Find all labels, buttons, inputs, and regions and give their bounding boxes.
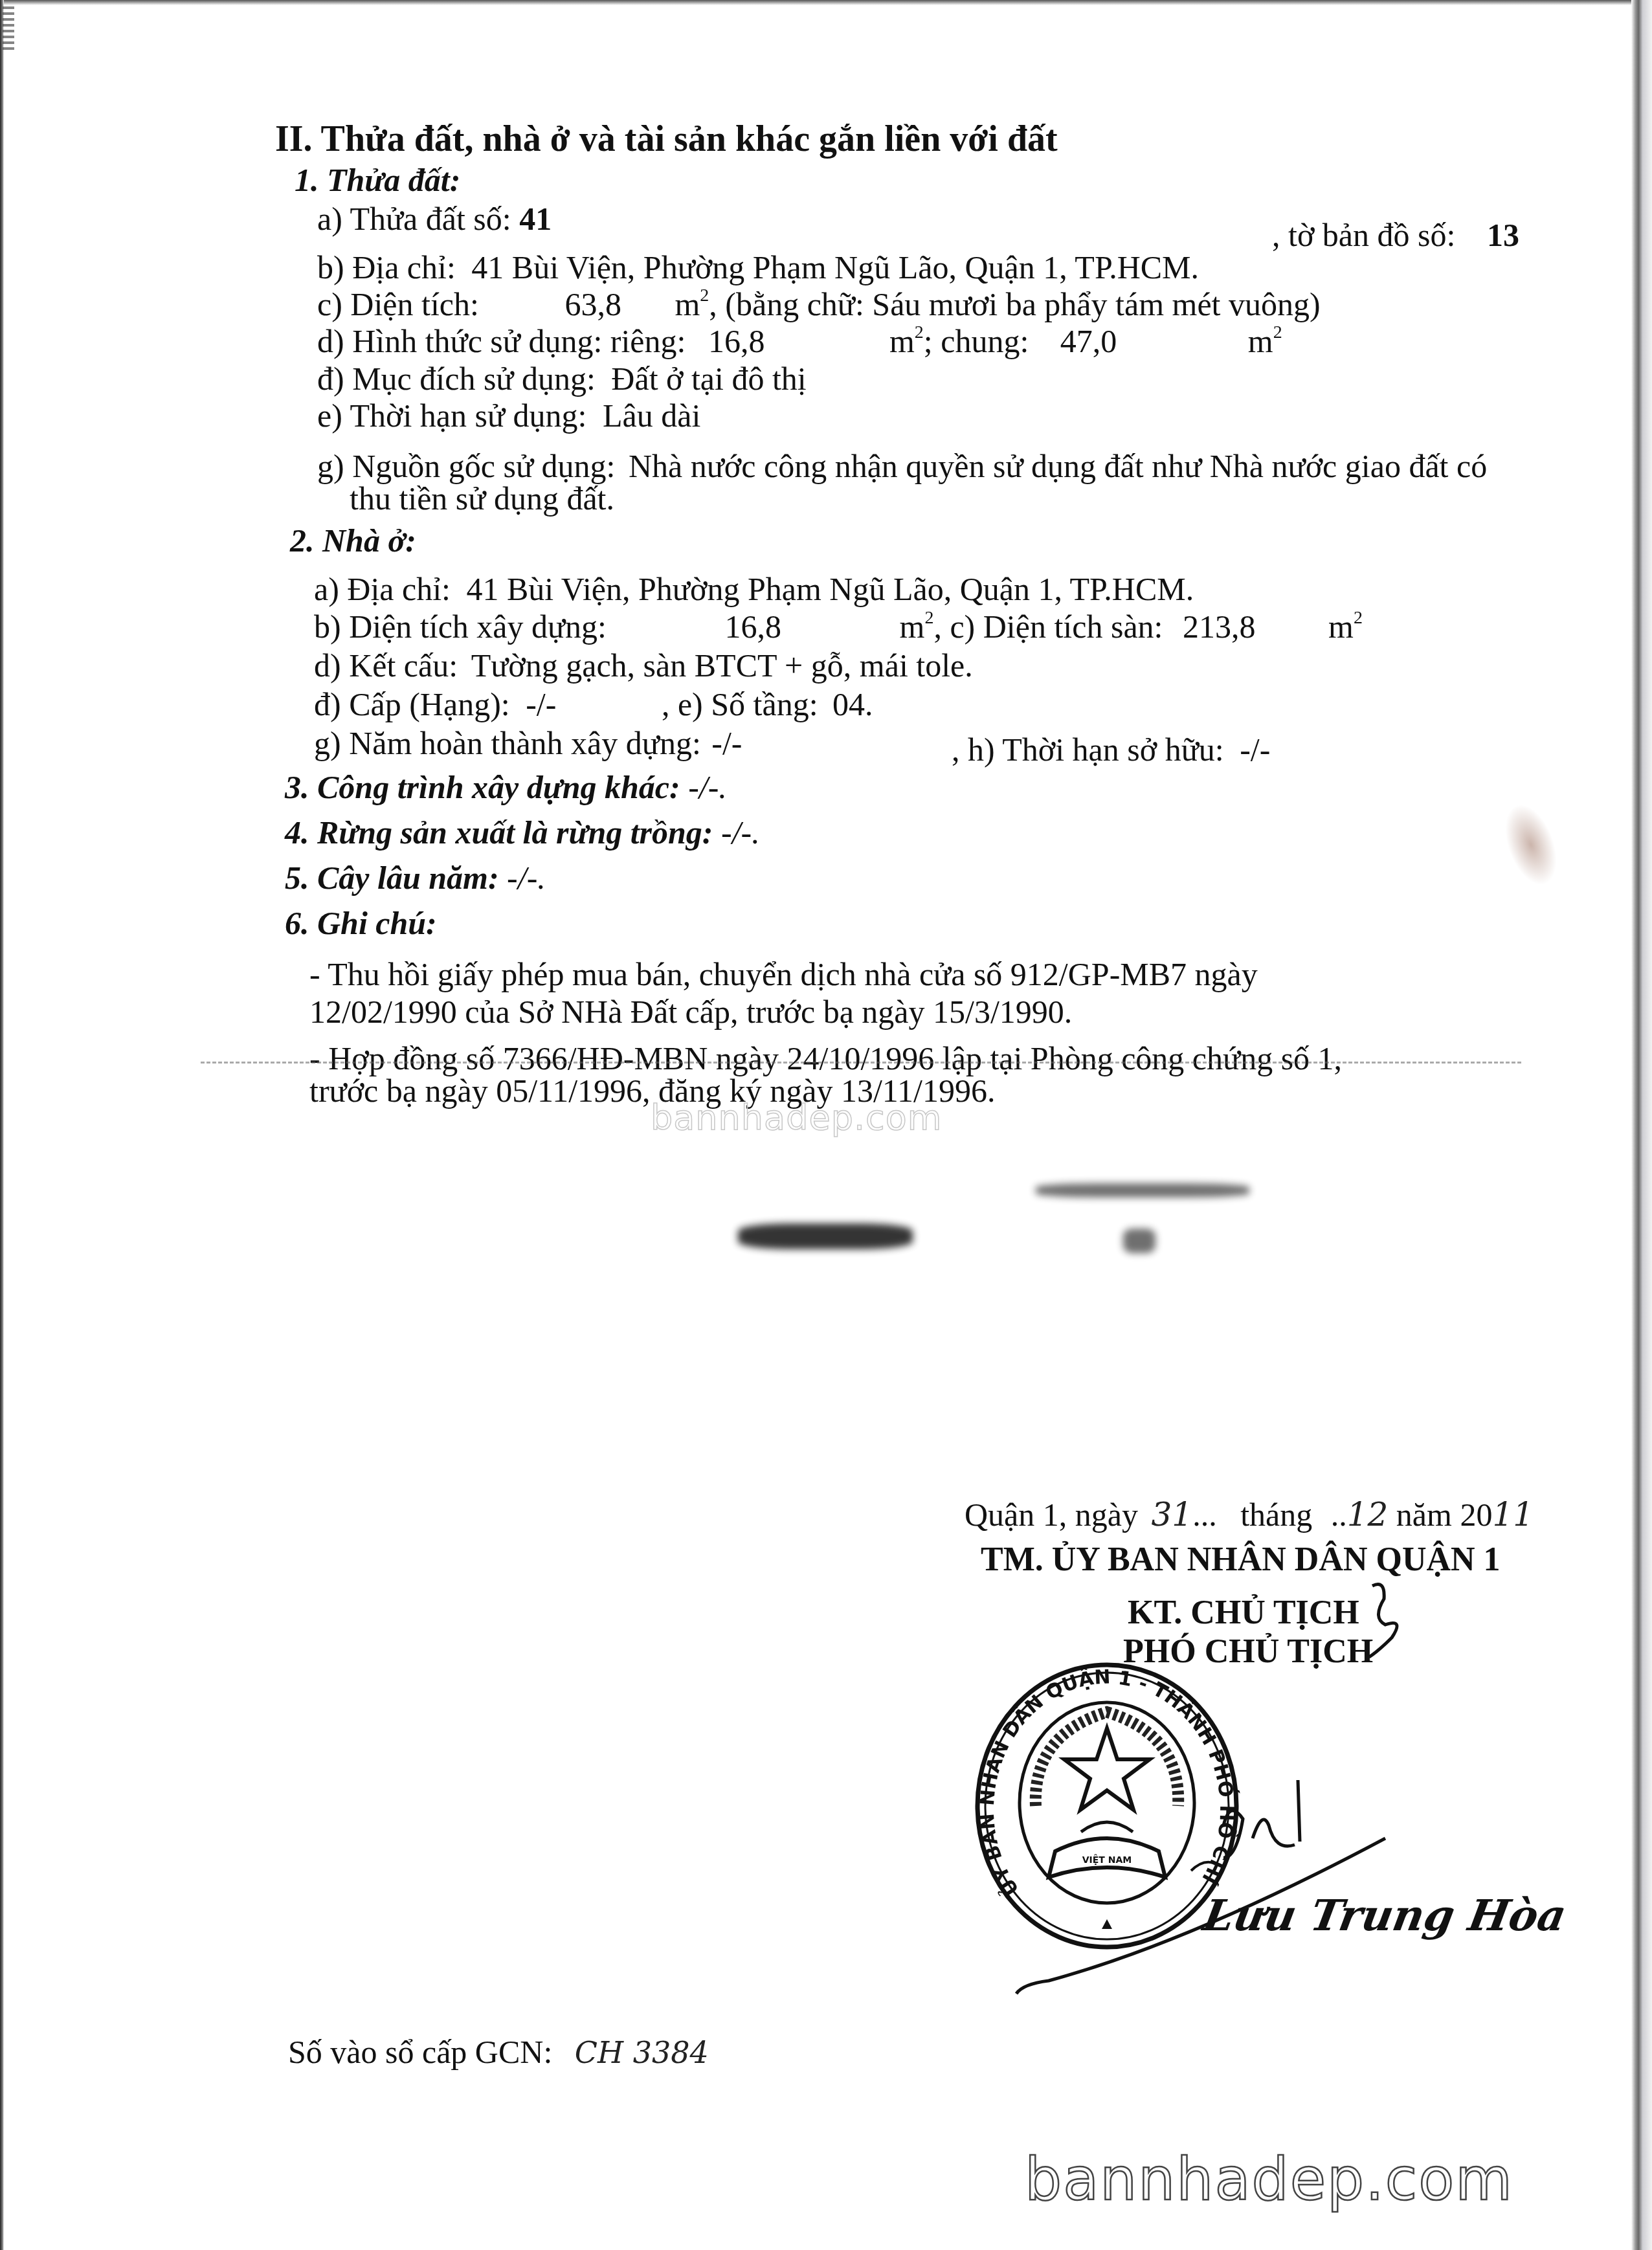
- parcel-number-value: 41: [519, 201, 552, 237]
- perennial-trees-label: 5. Cây lâu năm:: [285, 860, 499, 896]
- land-address-label: b) Địa chỉ:: [317, 249, 456, 285]
- ink-blot: [1123, 1229, 1155, 1253]
- floor-area-unit: m2: [1328, 608, 1363, 645]
- floors-label: , e) Số tầng:: [662, 686, 818, 722]
- section-title: II. Thửa đất, nhà ở và tài sản khác gắn …: [275, 120, 1058, 159]
- ink-blot: [738, 1223, 913, 1249]
- date-month-label: tháng: [1240, 1497, 1312, 1533]
- forest-row: 4. Rừng sản xuất là rừng trồng: -/-.: [285, 813, 760, 852]
- land-purpose-label: đ) Mục đích sử dụng:: [317, 361, 596, 397]
- usage-private-unit: m2: [889, 323, 924, 359]
- building-area-unit: m2: [900, 608, 934, 645]
- signer-name: Lưu Trung Hòa: [1200, 1890, 1570, 1941]
- note-1: - Thu hồi giấy phép mua bán, chuyển dịch…: [309, 955, 1258, 994]
- land-heading: 1. Thửa đất:: [295, 161, 460, 199]
- house-area-row: b) Diện tích xây dựng: 16,8 m2, c) Diện …: [314, 607, 1363, 646]
- land-area-words: , (bằng chữ: Sáu mươi ba phẩy tám mét vu…: [709, 286, 1320, 322]
- land-term-value: Lâu dài: [603, 397, 700, 434]
- house-address-label: a) Địa chỉ:: [314, 571, 451, 607]
- signing-role-1: KT. CHỦ TỊCH: [1128, 1594, 1359, 1632]
- land-origin-value: Nhà nước công nhận quyền sử dụng đất như…: [629, 448, 1487, 484]
- date-year-suffix: 11: [1492, 1496, 1534, 1533]
- land-term-row: e) Thời hạn sử dụng: Lâu dài: [317, 396, 700, 435]
- other-construction-row: 3. Công trình xây dựng khác: -/-.: [285, 768, 727, 807]
- signing-authority: TM. ỦY BAN NHÂN DÂN QUẬN 1: [981, 1541, 1501, 1579]
- parcel-number-label: a) Thửa đất số:: [317, 201, 511, 237]
- ownership-term-label: , h) Thời hạn sở hữu:: [952, 731, 1224, 768]
- land-term-label: e) Thời hạn sử dụng:: [317, 397, 586, 434]
- other-construction-value: -/-.: [688, 769, 727, 805]
- perennial-trees-row: 5. Cây lâu năm: -/-.: [285, 858, 546, 897]
- land-address-row: b) Địa chỉ: 41 Bùi Viện, Phường Phạm Ngũ…: [317, 248, 1199, 287]
- dashed-fold-line: [201, 1062, 1521, 1064]
- paper-smudge: [1495, 797, 1567, 892]
- date-year-label: năm 20: [1396, 1497, 1493, 1533]
- perennial-trees-value: -/-.: [507, 860, 546, 896]
- house-heading: 2. Nhà ở:: [290, 521, 416, 560]
- date-month: 12: [1347, 1496, 1389, 1533]
- watermark-bottom: bannhadep.com: [1025, 2146, 1513, 2214]
- house-completion-row: g) Năm hoàn thành xây dựng: -/-: [314, 724, 742, 763]
- watermark-middle: bannhadep.com: [651, 1097, 942, 1138]
- registry-value: CH 3384: [575, 2035, 709, 2070]
- forest-label: 4. Rừng sản xuất là rừng trồng:: [285, 814, 713, 851]
- usage-private-value: 16,8: [708, 323, 765, 359]
- usage-shared-unit: m2: [1248, 323, 1282, 359]
- usage-shared-value: 47,0: [1060, 323, 1117, 359]
- usage-shared-label: ; chung:: [924, 323, 1029, 359]
- land-area-row: c) Diện tích: 63,8 m2, (bằng chữ: Sáu mư…: [317, 285, 1321, 324]
- building-area-value: 16,8: [725, 608, 782, 645]
- map-sheet-label: , tờ bản đồ số:: [1272, 217, 1455, 253]
- other-construction-label: 3. Công trình xây dựng khác:: [285, 769, 680, 805]
- house-structure-row: d) Kết cấu: Tường gạch, sàn BTCT + gỗ, m…: [314, 646, 973, 685]
- floor-area-value: 213,8: [1183, 608, 1256, 645]
- land-parcel-row: a) Thửa đất số: 41: [317, 199, 552, 238]
- land-purpose-value: Đất ở tại đô thị: [611, 361, 806, 397]
- scan-noise: [3, 6, 14, 52]
- ownership-term-row: , h) Thời hạn sở hữu: -/-: [952, 730, 1270, 769]
- land-area-value: 63,8: [564, 286, 621, 322]
- place-date: Quận 1, ngày 31... tháng ..12 năm 2011: [965, 1495, 1534, 1534]
- completion-year-label: g) Năm hoàn thành xây dựng:: [314, 725, 701, 761]
- floor-area-label: , c) Diện tích sàn:: [933, 608, 1163, 645]
- initial-mark-icon: [1359, 1579, 1411, 1664]
- land-usage-form-row: d) Hình thức sử dụng: riêng: 16,8 m2; ch…: [317, 322, 1282, 361]
- scan-edge-left: [0, 0, 4, 2250]
- scan-edge-top: [0, 0, 1652, 5]
- certificate-page: II. Thửa đất, nhà ở và tài sản khác gắn …: [0, 0, 1652, 2250]
- floors-value: 04.: [832, 686, 873, 722]
- land-area-unit: m2: [675, 286, 709, 322]
- land-address-value: 41 Bùi Viện, Phường Phạm Ngũ Lão, Quận 1…: [471, 249, 1199, 285]
- ink-blot: [1036, 1183, 1249, 1197]
- usage-form-label: d) Hình thức sử dụng: riêng:: [317, 323, 686, 359]
- house-address-row: a) Địa chỉ: 41 Bùi Viện, Phường Phạm Ngũ…: [314, 570, 1194, 608]
- structure-label: d) Kết cấu:: [314, 647, 458, 684]
- forest-value: -/-.: [721, 814, 760, 851]
- house-address-value: 41 Bùi Viện, Phường Phạm Ngũ Lão, Quận 1…: [467, 571, 1194, 607]
- signature-stroke-icon: [1010, 1748, 1398, 2020]
- land-origin-continued: thu tiền sử dụng đất.: [350, 479, 614, 518]
- house-grade-row: đ) Cấp (Hạng): -/- , e) Số tầng: 04.: [314, 685, 873, 724]
- completion-year-value: -/-: [711, 725, 742, 761]
- grade-value: -/-: [526, 686, 556, 722]
- place-date-prefix: Quận 1, ngày: [965, 1497, 1138, 1533]
- land-area-label: c) Diện tích:: [317, 286, 479, 322]
- scan-edge-right: [1631, 0, 1652, 2250]
- note-1-continued: 12/02/1990 của Sở NHà Đất cấp, trước bạ …: [309, 992, 1072, 1031]
- notes-heading: 6. Ghi chú:: [285, 904, 437, 942]
- ownership-term-value: -/-: [1240, 731, 1270, 768]
- map-sheet-value: 13: [1487, 217, 1519, 253]
- registry-row: Số vào sổ cấp GCN: CH 3384: [288, 2033, 709, 2072]
- structure-value: Tường gạch, sàn BTCT + gỗ, mái tole.: [471, 647, 973, 684]
- registry-label: Số vào sổ cấp GCN:: [288, 2034, 552, 2070]
- map-sheet-row: , tờ bản đồ số: 13: [1272, 216, 1519, 254]
- land-purpose-row: đ) Mục đích sử dụng: Đất ở tại đô thị: [317, 359, 807, 398]
- building-area-label: b) Diện tích xây dựng:: [314, 608, 607, 645]
- date-day: 31: [1152, 1496, 1193, 1533]
- grade-label: đ) Cấp (Hạng):: [314, 686, 510, 722]
